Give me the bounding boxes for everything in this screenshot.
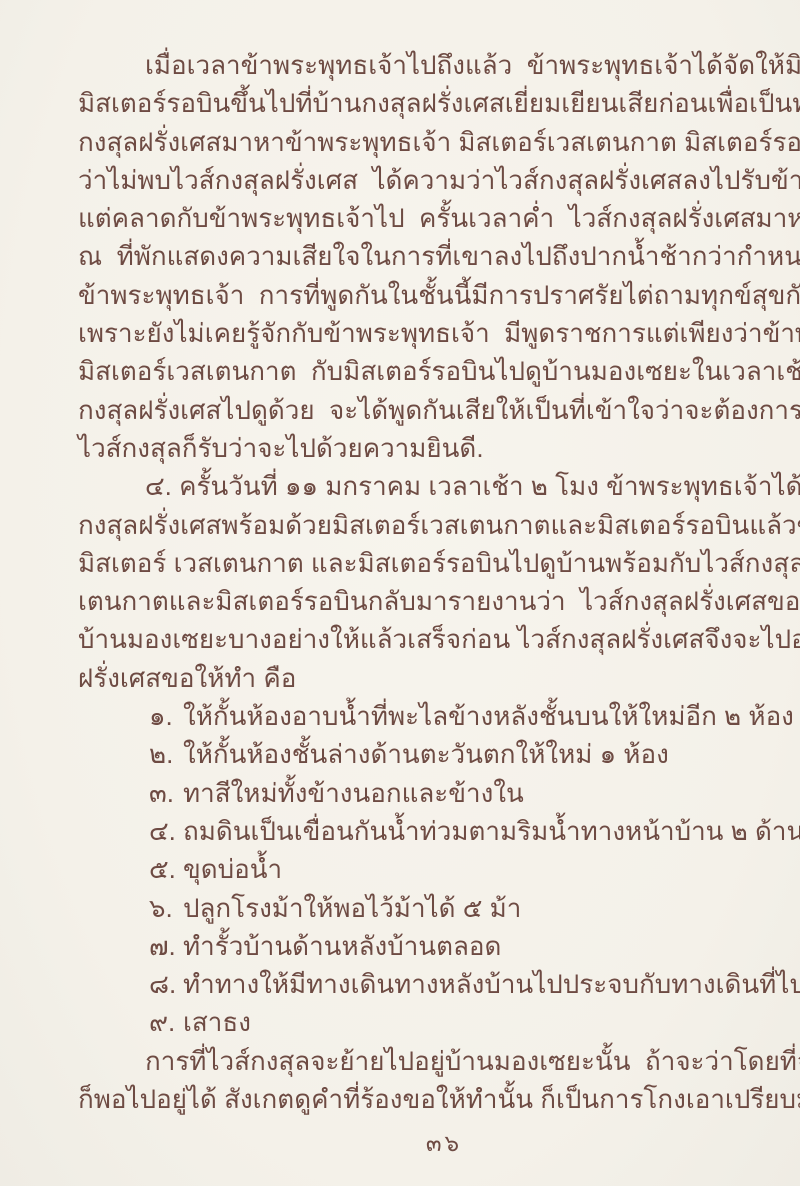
text-line: กงสุลฝรั่งเศสพร้อมด้วยมิสเตอร์เวสเตนกาตแ… xyxy=(78,506,762,544)
list-item-number: ๙. xyxy=(149,1003,183,1041)
list-item: ๖. ปลูกโรงม้าให้พอไว้ม้าได้ ๕ ม้า xyxy=(78,889,762,927)
page-number: ๓๖ xyxy=(408,1126,480,1162)
text-line: มิสเตอร์ เวสเตนกาต และมิสเตอร์รอบินไปดูบ… xyxy=(78,544,762,582)
paragraph-1: เมื่อเวลาข้าพระพุทธเจ้าไปถึงแล้ว ข้าพระพ… xyxy=(78,46,762,467)
list-item-number: ๖. xyxy=(149,889,183,927)
paragraph-2: ๔. ครั้นวันที่ ๑๑ มกราคม เวลาเช้า ๒ โมง … xyxy=(78,467,762,697)
text-line: ๔. ครั้นวันที่ ๑๑ มกราคม เวลาเช้า ๒ โมง … xyxy=(78,467,762,505)
paragraph-3: การที่ไวส์กงสุลจะย้ายไปอยู่บ้านมองเซยะนั… xyxy=(78,1042,762,1119)
request-list: ๑. ให้กั้นห้องอาบน้ำที่พะไลข้างหลังชั้นบ… xyxy=(78,697,762,1042)
scanned-book-page: เมื่อเวลาข้าพระพุทธเจ้าไปถึงแล้ว ข้าพระพ… xyxy=(0,0,800,1186)
list-item-text: ถมดินเป็นเขื่อนกันน้ำท่วมตามริมน้ำทางหน้… xyxy=(183,812,800,850)
text-line: บ้านมองเซยะบางอย่างให้แล้วเสร็จก่อน ไวส์… xyxy=(78,620,762,658)
list-item-text: ขุดบ่อน้ำ xyxy=(183,850,762,888)
list-item-text: ทำรั้วบ้านด้านหลังบ้านตลอด xyxy=(183,927,762,965)
list-item-number: ๑. xyxy=(149,697,183,735)
list-item: ๓. ทาสีใหม่ทั้งข้างนอกและข้างใน xyxy=(78,774,762,812)
text-line: ฝรั่งเศสขอให้ทำ คือ xyxy=(78,659,762,697)
list-item-number: ๒. xyxy=(149,735,183,773)
list-item-text: ปลูกโรงม้าให้พอไว้ม้าได้ ๕ ม้า xyxy=(183,889,762,927)
text-line: ก็พอไปอยู่ได้ สังเกตดูคำที่ร้องขอให้ทำนั… xyxy=(78,1080,762,1118)
text-line: ณ ที่พักแสดงความเสียใจในการที่เขาลงไปถึง… xyxy=(78,237,762,275)
text-line: ว่าไม่พบไวส์กงสุลฝรั่งเศส ได้ความว่าไวส์… xyxy=(78,161,762,199)
text-line: เตนกาตและมิสเตอร์รอบินกลับมารายงานว่า ไว… xyxy=(78,582,762,620)
list-item: ๗. ทำรั้วบ้านด้านหลังบ้านตลอด xyxy=(78,927,762,965)
text-block: เมื่อเวลาข้าพระพุทธเจ้าไปถึงแล้ว ข้าพระพ… xyxy=(78,46,762,1118)
list-item-number: ๗. xyxy=(149,927,183,965)
text-line: กงสุลฝรั่งเศสไปดูด้วย จะได้พูดกันเสียให้… xyxy=(78,391,762,429)
list-item-text: ให้กั้นห้องชั้นล่างด้านตะวันตกให้ใหม่ ๑ … xyxy=(183,735,762,773)
list-item: ๘. ทำทางให้มีทางเดินทางหลังบ้านไปประจบกั… xyxy=(78,965,762,1003)
list-item-text: ทาสีใหม่ทั้งข้างนอกและข้างใน xyxy=(183,774,762,812)
list-item: ๔. ถมดินเป็นเขื่อนกันน้ำท่วมตามริมน้ำทาง… xyxy=(78,812,762,850)
list-item-number: ๕. xyxy=(149,850,183,888)
list-item: ๒. ให้กั้นห้องชั้นล่างด้านตะวันตกให้ใหม่… xyxy=(78,735,762,773)
list-item-text: ทำทางให้มีทางเดินทางหลังบ้านไปประจบกับทา… xyxy=(183,965,800,1003)
text-line: เพราะยังไม่เคยรู้จักกับข้าพระพุทธเจ้า มี… xyxy=(78,314,762,352)
list-item: ๕. ขุดบ่อน้ำ xyxy=(78,850,762,888)
list-item-text: ให้กั้นห้องอาบน้ำที่พะไลข้างหลังชั้นบนให… xyxy=(183,697,794,735)
text-line: เมื่อเวลาข้าพระพุทธเจ้าไปถึงแล้ว ข้าพระพ… xyxy=(78,46,762,84)
list-item-number: ๓. xyxy=(149,774,183,812)
text-line: แต่คลาดกับข้าพระพุทธเจ้าไป ครั้นเวลาค่ำ … xyxy=(78,199,762,237)
text-line: การที่ไวส์กงสุลจะย้ายไปอยู่บ้านมองเซยะนั… xyxy=(78,1042,762,1080)
text-line: มิสเตอร์รอบินขึ้นไปที่บ้านกงสุลฝรั่งเศสเ… xyxy=(78,84,762,122)
text-line: ไวส์กงสุลก็รับว่าจะไปด้วยความยินดี. xyxy=(78,429,762,467)
list-item-number: ๔. xyxy=(149,812,183,850)
list-item: ๙. เสาธง xyxy=(78,1003,762,1041)
text-line: ข้าพระพุทธเจ้า การที่พูดกันในชั้นนี้มีกา… xyxy=(78,276,762,314)
text-line: มิสเตอร์เวสเตนกาต กับมิสเตอร์รอบินไปดูบ้… xyxy=(78,352,762,390)
list-item-text: เสาธง xyxy=(183,1003,762,1041)
list-item: ๑. ให้กั้นห้องอาบน้ำที่พะไลข้างหลังชั้นบ… xyxy=(78,697,762,735)
list-item-number: ๘. xyxy=(149,965,183,1003)
text-line: กงสุลฝรั่งเศสมาหาข้าพระพุทธเจ้า มิสเตอร์… xyxy=(78,123,762,161)
